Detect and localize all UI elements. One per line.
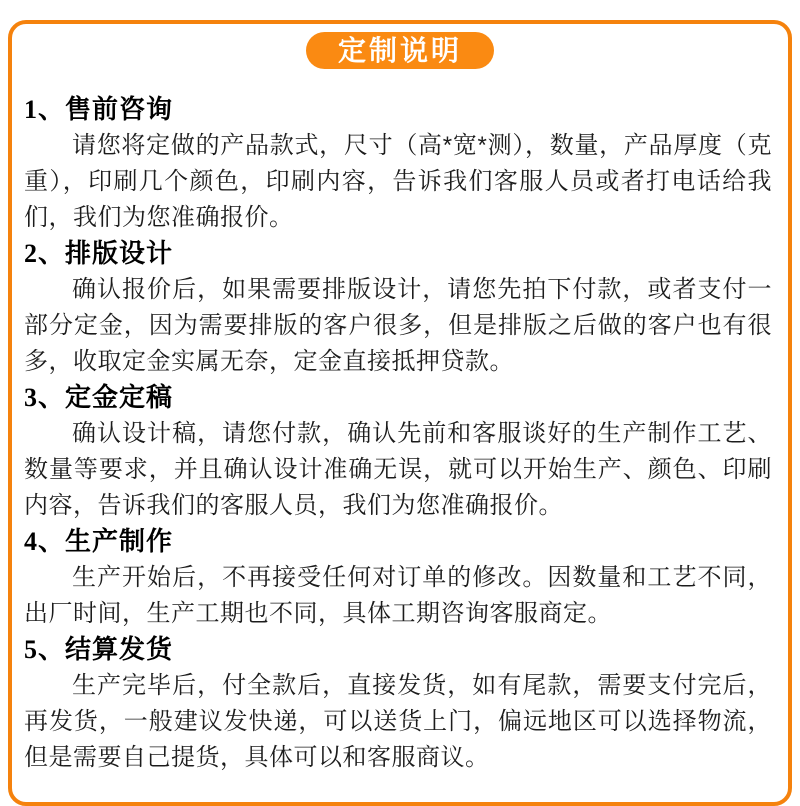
section-layout-design: 2、排版设计 确认报价后，如果需要排版设计，请您先拍下付款，或者支付一部分定金，… — [24, 238, 772, 380]
section-heading: 2、排版设计 — [24, 238, 772, 269]
section-heading: 3、定金定稿 — [24, 382, 772, 413]
section-production: 4、生产制作 生产开始后，不再接受任何对订单的修改。因数量和工艺不同，出厂时间，… — [24, 526, 772, 632]
section-title-badge: 定制说明 — [306, 32, 494, 69]
section-body: 请您将定做的产品款式，尺寸（高*宽*测），数量，产品厚度（克重），印刷几个颜色，… — [24, 128, 772, 236]
section-body: 确认报价后，如果需要排版设计，请您先拍下付款，或者支付一部分定金，因为需要排版的… — [24, 272, 772, 380]
section-presale-consult: 1、售前咨询 请您将定做的产品款式，尺寸（高*宽*测），数量，产品厚度（克重），… — [24, 94, 772, 236]
section-title-label: 定制说明 — [338, 35, 462, 66]
section-body: 确认设计稿，请您付款，确认先前和客服谈好的生产制作工艺、数量等要求，并且确认设计… — [24, 416, 772, 524]
section-settlement-shipping: 5、结算发货 生产完毕后，付全款后，直接发货，如有尾款，需要支付完后，再发货，一… — [24, 634, 772, 776]
notice-content: 1、售前咨询 请您将定做的产品款式，尺寸（高*宽*测），数量，产品厚度（克重），… — [12, 24, 788, 802]
section-heading: 4、生产制作 — [24, 526, 772, 557]
customization-notice-panel: 定制说明 1、售前咨询 请您将定做的产品款式，尺寸（高*宽*测），数量，产品厚度… — [8, 20, 792, 806]
section-heading: 1、售前咨询 — [24, 94, 772, 125]
section-body: 生产开始后，不再接受任何对订单的修改。因数量和工艺不同，出厂时间，生产工期也不同… — [24, 560, 772, 632]
section-deposit-finalize: 3、定金定稿 确认设计稿，请您付款，确认先前和客服谈好的生产制作工艺、数量等要求… — [24, 382, 772, 524]
section-heading: 5、结算发货 — [24, 634, 772, 665]
